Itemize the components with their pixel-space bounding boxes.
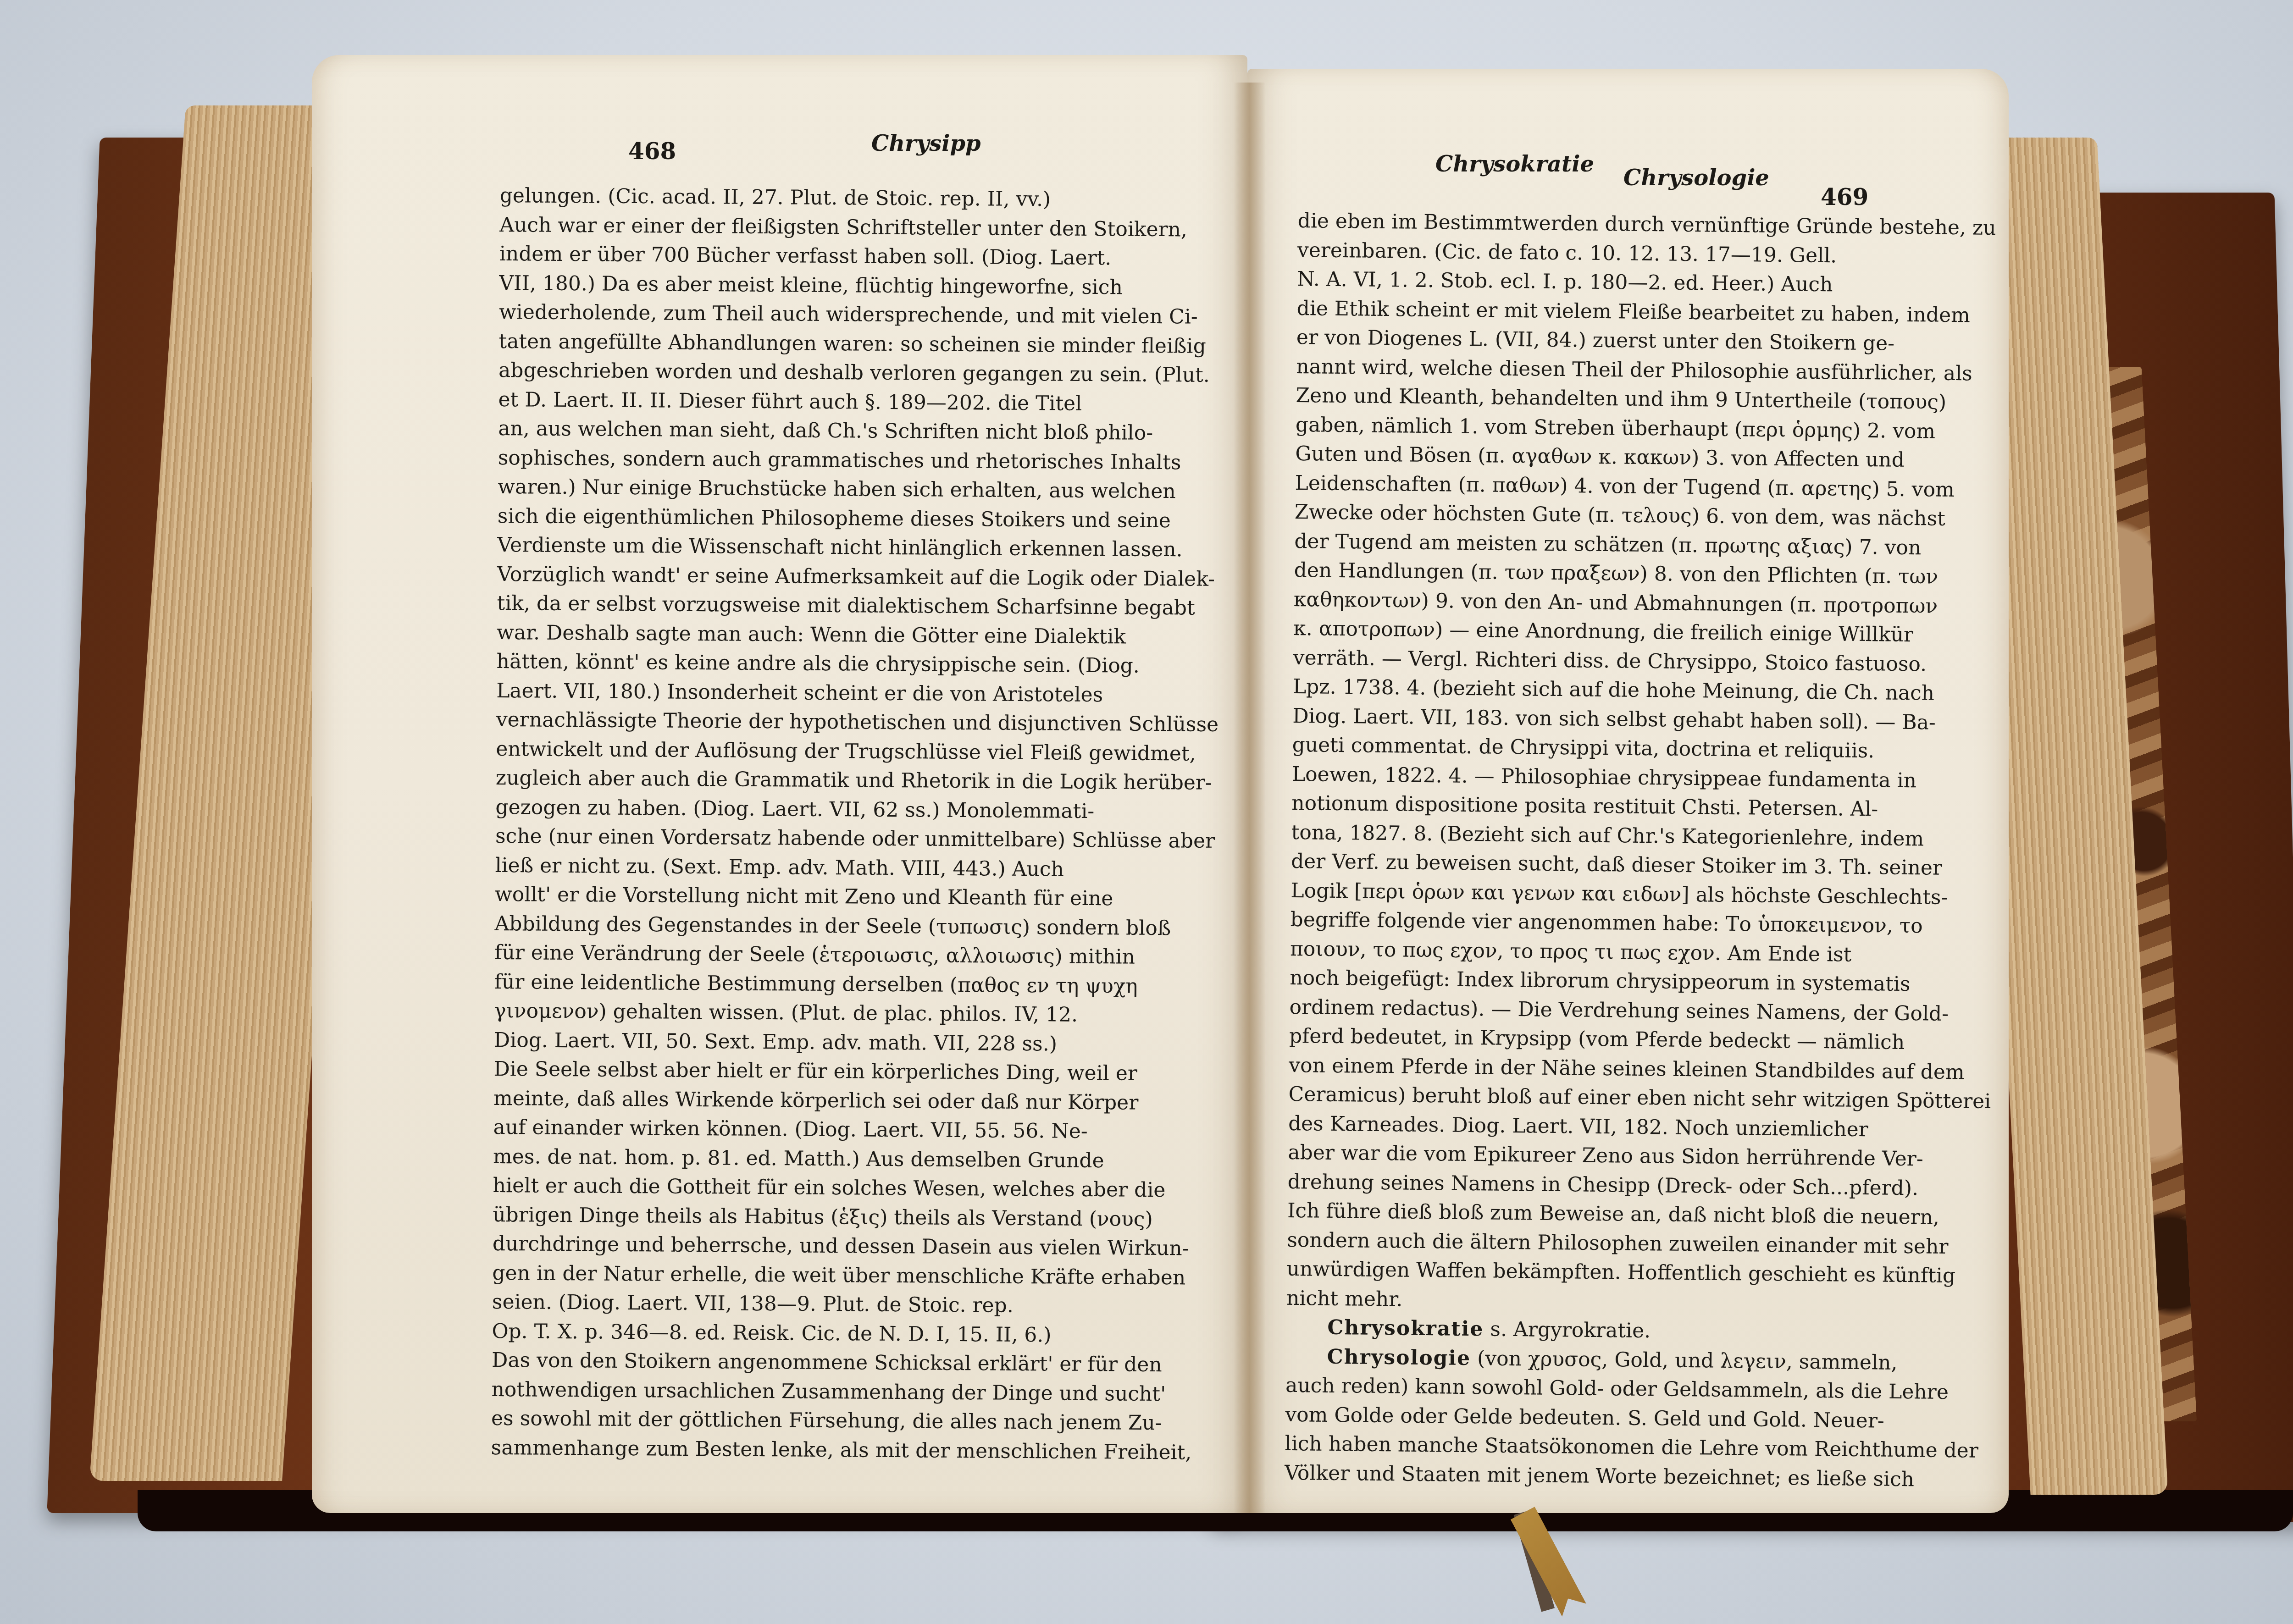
text-line: sich die eigenthümlichen Philosopheme di… bbox=[498, 501, 1208, 535]
text-line: VII, 180.) Da es aber meist kleine, flüc… bbox=[499, 268, 1210, 302]
text-line: Laert. VII, 180.) Insonderheit scheint e… bbox=[496, 676, 1207, 710]
text-line: nothwendigen ursachlichen Zusammenhang d… bbox=[491, 1375, 1202, 1409]
text-line: durchdringe und beherrsche, und dessen D… bbox=[493, 1229, 1203, 1263]
entry-text: s. Argyrokratie. bbox=[1484, 1317, 1651, 1342]
text-line: mes. de nat. hom. p. 81. ed. Matth.) Aus… bbox=[493, 1142, 1204, 1176]
left-page-number: 468 bbox=[628, 138, 676, 165]
text-line: Verdienste um die Wissenschaft nicht hin… bbox=[497, 530, 1208, 564]
right-running-title-left: Chrysokratie bbox=[1435, 151, 1594, 177]
text-line: waren.) Nur einige Bruchstücke haben sic… bbox=[498, 472, 1208, 506]
text-line: sche (nur einen Vordersatz habende oder … bbox=[495, 822, 1206, 856]
text-line: gezogen zu haben. (Diog. Laert. VII, 62 … bbox=[495, 792, 1206, 826]
book-gutter bbox=[1234, 83, 1266, 1513]
text-line: Die Seele selbst aber hielt er für ein k… bbox=[493, 1055, 1204, 1088]
text-line: ließ er nicht zu. (Sext. Emp. adv. Math.… bbox=[495, 851, 1206, 884]
text-line: sophisches, sondern auch grammatisches u… bbox=[498, 443, 1209, 477]
text-line: zugleich aber auch die Grammatik und Rhe… bbox=[496, 763, 1207, 797]
text-line: auf einander wirken können. (Diog. Laert… bbox=[493, 1113, 1204, 1147]
entry-headword: Chrysologie bbox=[1327, 1345, 1471, 1370]
right-page-number: 469 bbox=[1821, 183, 1868, 210]
entry-text: (von χρυσος, Gold, und λεγειν, sammeln, bbox=[1471, 1347, 1898, 1375]
text-line: Auch war er einer der fleißigsten Schrif… bbox=[499, 210, 1210, 244]
entry-headword: Chrysokratie bbox=[1327, 1316, 1484, 1341]
text-line: meinte, daß alles Wirkende körperlich se… bbox=[493, 1083, 1204, 1117]
text-line: sammenhange zum Besten lenke, als mit de… bbox=[491, 1433, 1202, 1467]
text-line: für eine Verändrung der Seele (ἑτεροιωσι… bbox=[494, 938, 1205, 972]
text-line: Das von den Stoikern angenommene Schicks… bbox=[492, 1346, 1202, 1380]
text-line: hätten, könnt' es keine andre als die ch… bbox=[496, 647, 1207, 681]
text-line: γινομενον) gehalten wissen. (Plut. de pl… bbox=[494, 996, 1205, 1030]
text-line: Abbildung des Gegenstandes in der Seele … bbox=[494, 909, 1205, 943]
text-line: gelungen. (Cic. acad. II, 27. Plut. de S… bbox=[500, 181, 1211, 215]
text-line: für eine leidentliche Bestimmung derselb… bbox=[494, 967, 1205, 1001]
text-line: wollt' er die Vorstellung nicht mit Zeno… bbox=[495, 880, 1206, 914]
text-line: seien. (Diog. Laert. VII, 138—9. Plut. d… bbox=[492, 1287, 1203, 1321]
text-line: Op. T. X. p. 346—8. ed. Reisk. Cic. de N… bbox=[492, 1316, 1202, 1350]
left-running-title: Chrysipp bbox=[871, 131, 981, 156]
text-line: übrigen Dinge theils als Habitus (ἑξις) … bbox=[493, 1200, 1203, 1234]
text-line: Vorzüglich wandt' er seine Aufmerksamkei… bbox=[497, 559, 1208, 593]
text-line: war. Deshalb sagte man auch: Wenn die Gö… bbox=[497, 618, 1207, 652]
text-line: indem er über 700 Bücher verfasst haben … bbox=[499, 239, 1210, 273]
text-line: taten angefüllte Abhandlungen waren: so … bbox=[498, 326, 1209, 360]
text-line: tik, da er selbst vorzugsweise mit diale… bbox=[497, 589, 1207, 623]
text-line: an, aus welchen man sieht, daß Ch.'s Sch… bbox=[498, 414, 1209, 448]
right-page-text: die eben im Bestimmtwerden durch vernünf… bbox=[1285, 206, 1986, 1495]
text-line: es sowohl mit der göttlichen Fürsehung, … bbox=[491, 1404, 1202, 1438]
right-running-title-right: Chrysologie bbox=[1623, 165, 1769, 191]
text-line: Diog. Laert. VII, 50. Sext. Emp. adv. ma… bbox=[494, 1025, 1205, 1059]
text-line: wiederholende, zum Theil auch widersprec… bbox=[499, 298, 1210, 331]
text-line: entwickelt und der Auflösung der Trugsch… bbox=[496, 734, 1207, 768]
right-page-lines: die eben im Bestimmtwerden durch vernünf… bbox=[1286, 206, 1986, 1320]
text-line: gen in der Natur erhelle, die weit über … bbox=[492, 1258, 1203, 1292]
text-line: vernachlässigte Theorie der hypothetisch… bbox=[496, 705, 1207, 739]
text-line: abgeschrieben worden und deshalb verlore… bbox=[498, 356, 1209, 390]
text-line: hielt er auch die Gottheit für ein solch… bbox=[493, 1171, 1203, 1205]
text-line: et D. Laert. II. II. Dieser führt auch §… bbox=[498, 385, 1209, 419]
left-page-text: gelungen. (Cic. acad. II, 27. Plut. de S… bbox=[491, 181, 1210, 1467]
photo-scene: 468 Chrysipp gelungen. (Cic. acad. II, 2… bbox=[0, 0, 2293, 1624]
